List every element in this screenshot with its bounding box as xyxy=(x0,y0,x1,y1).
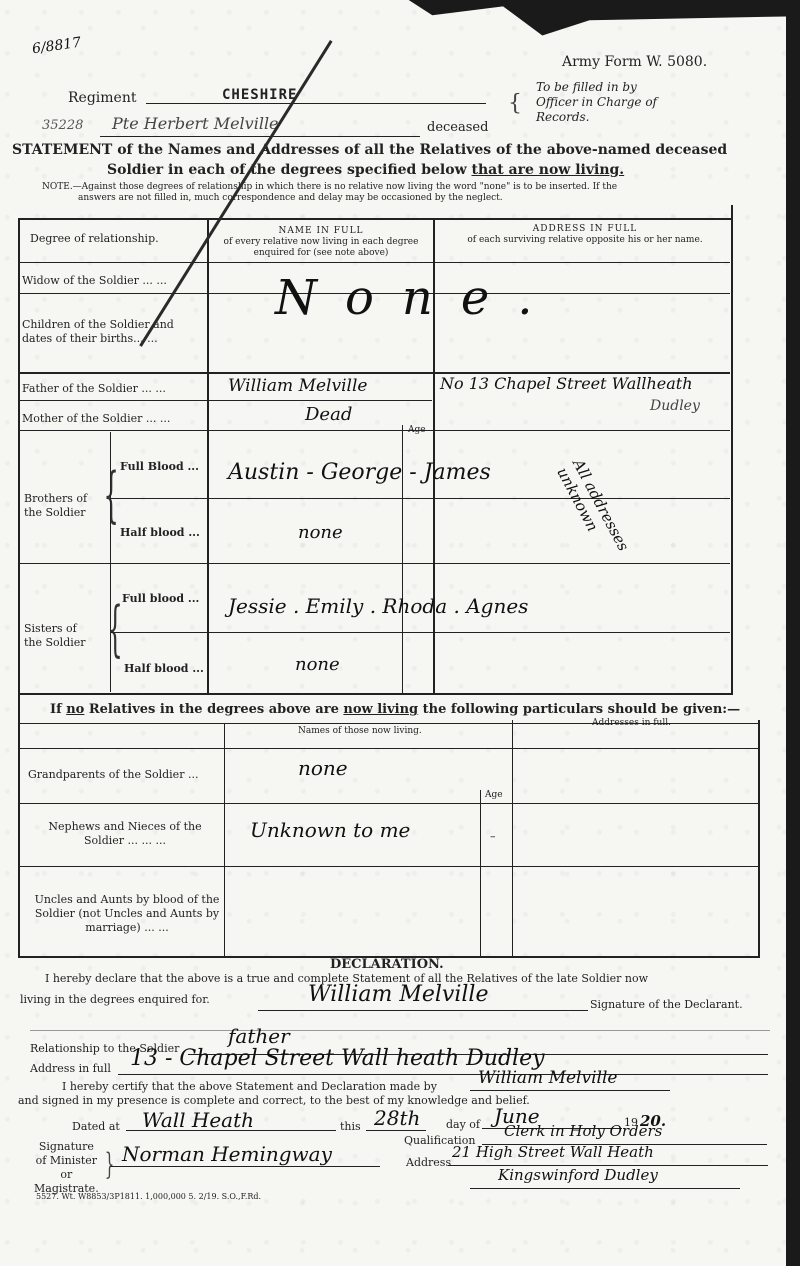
age-header-2: Age xyxy=(485,790,503,800)
brothers-full-names: Austin - George - James xyxy=(228,460,491,485)
deceased-label: deceased xyxy=(427,120,488,135)
age-header: Age xyxy=(408,425,426,435)
brothers-full-label: Full Blood ... xyxy=(120,460,199,474)
certify-text-2: and signed in my presence is complete an… xyxy=(18,1094,530,1107)
this-label: this xyxy=(340,1120,361,1133)
row-uncles-aunts-label: Uncles and Aunts by blood of the Soldier… xyxy=(32,893,222,935)
officer-note: To be filled in by Officer in Charge of … xyxy=(536,80,657,125)
day-value: 28th xyxy=(374,1106,420,1130)
table2-heading: If no Relatives in the degrees above are… xyxy=(50,702,740,717)
soldier-number: 35228 xyxy=(42,118,83,133)
row-sisters-label: Sisters of the Soldier xyxy=(24,622,94,650)
none-entry: None. xyxy=(275,270,560,326)
father-name: William Melville xyxy=(228,376,367,396)
dated-label: Dated at xyxy=(72,1120,120,1133)
soldier-name: Pte Herbert Melville xyxy=(112,114,279,133)
certify-text: I hereby certify that the above Statemen… xyxy=(62,1080,437,1093)
regiment-value: CHESHIRE xyxy=(222,87,297,103)
form-number: Army Form W. 5080. xyxy=(562,54,707,70)
col-addresses-header: Addresses in full. xyxy=(592,718,671,728)
row-widow-label: Widow of the Soldier ... ... xyxy=(22,274,167,288)
col-address-header: ADDRESS IN FULL of each surviving relati… xyxy=(460,224,710,246)
addresses-side-note: All addresses unknown xyxy=(553,456,660,614)
statement-subheading: Soldier in each of the degrees specified… xyxy=(107,162,624,178)
father-address-line2: Dudley xyxy=(650,398,700,414)
brothers-half-label: Half blood ... xyxy=(120,526,200,540)
minister-address-line1: 21 High Street Wall Heath xyxy=(452,1143,654,1161)
declarant-signature: William Melville xyxy=(308,982,488,1007)
row-father-label: Father of the Soldier ... ... xyxy=(22,382,166,396)
address-label: Address in full xyxy=(30,1062,111,1075)
statement-heading: STATEMENT of the Names and Addresses of … xyxy=(12,142,782,158)
col-degree-header: Degree of relationship. xyxy=(30,232,159,245)
minister-address-line2: Kingswinford Dudley xyxy=(498,1166,658,1184)
printer-line: 5527. Wt. W8853/3P1811. 1,000,000 5. 2/1… xyxy=(36,1192,261,1201)
declaration-text-2: living in the degrees enquired for. xyxy=(20,993,210,1006)
brace-icon: } xyxy=(105,1140,115,1190)
minister-address-label: Address xyxy=(406,1156,451,1169)
sisters-half-label: Half blood ... xyxy=(124,662,204,676)
col-names-header: Names of those now living. xyxy=(298,726,422,736)
note-text: NOTE.—Against those degrees of relations… xyxy=(42,182,762,204)
qualification-value: Clerk in Holy Orders xyxy=(504,1122,662,1140)
brace-icon: { xyxy=(103,440,118,550)
minister-label: Signature of Minister or Magistrate. xyxy=(34,1140,99,1196)
mother-name: Dead xyxy=(305,404,352,425)
file-reference: 6/8817 xyxy=(31,35,82,58)
sisters-full-names: Jessie . Emily . Rhoda . Agnes xyxy=(228,594,528,618)
row-grandparents-label: Grandparents of the Soldier ... xyxy=(28,768,198,782)
col-name-header: NAME IN FULL of every relative now livin… xyxy=(213,226,429,259)
declaration-title: DECLARATION. xyxy=(330,957,444,972)
nephews-age: – xyxy=(490,830,496,843)
sisters-half-names: none xyxy=(295,654,340,675)
form-page: 6/8817 Army Form W. 5080. Regiment CHESH… xyxy=(0,0,786,1266)
row-brothers-label: Brothers of the Soldier xyxy=(24,492,94,520)
nephews-names: Unknown to me xyxy=(250,818,410,842)
sisters-full-label: Full blood ... xyxy=(122,592,199,606)
dated-place: Wall Heath xyxy=(142,1108,254,1132)
father-address: No 13 Chapel Street Wallheath xyxy=(440,374,693,393)
row-mother-label: Mother of the Soldier ... ... xyxy=(22,412,170,426)
relationship-value: father xyxy=(228,1024,290,1048)
day-of-label: day of xyxy=(446,1118,480,1131)
minister-signature: Norman Hemingway xyxy=(122,1142,332,1166)
row-children-label: Children of the Soldier and dates of the… xyxy=(22,318,200,346)
regiment-label: Regiment xyxy=(68,90,136,106)
certify-name: William Melville xyxy=(478,1068,617,1088)
brace-icon: { xyxy=(508,84,522,124)
grandparents-names: none xyxy=(298,756,348,780)
brace-icon: { xyxy=(107,574,122,684)
brothers-half-names: none xyxy=(298,522,343,543)
signature-label: Signature of the Declarant. xyxy=(590,998,743,1011)
row-nephews-label: Nephews and Nieces of the Soldier ... ..… xyxy=(30,820,220,848)
